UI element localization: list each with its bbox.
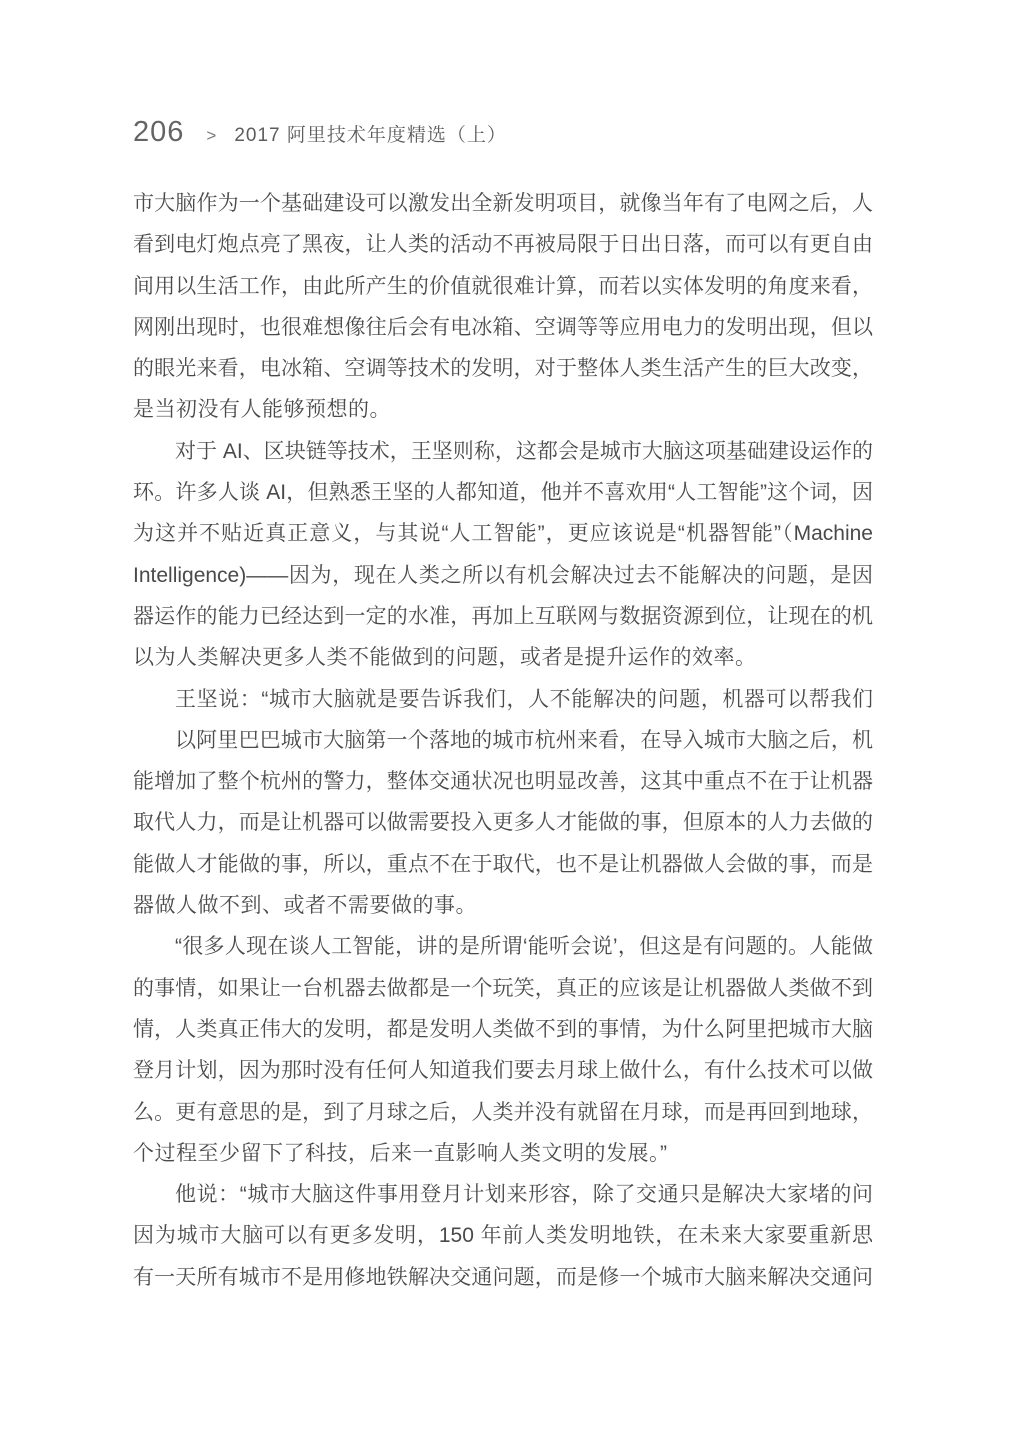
text-line: 器运作的能力已经达到一定的水准，再加上互联网与数据资源到位，让现在的机器可: [133, 596, 873, 637]
text-line: Intelligence)——因为，现在人类之所以有机会解决过去不能解决的问题，…: [133, 555, 873, 596]
text-line: 有一天所有城市不是用修地铁解决交通问题，而是修一个城市大脑来解决交通问题。”: [133, 1257, 873, 1298]
text-line: 以为人类解决更多人类不能做到的问题，或者是提升运作的效率。: [133, 637, 873, 678]
page-number: 206: [133, 116, 184, 149]
text-line: 对于 AI、区块链等技术，王坚则称，这都会是城市大脑这项基础建设运作的一: [133, 431, 873, 472]
text-line: 器做人做不到、或者不需要做的事。: [133, 885, 873, 926]
text-line: 能做人才能做的事，所以，重点不在于取代，也不是让机器做人会做的事，而是让机: [133, 844, 873, 885]
text-line: 环。许多人谈 AI，但熟悉王坚的人都知道，他并不喜欢用“人工智能”这个词，因: [133, 472, 873, 513]
text-line: 王坚说：“城市大脑就是要告诉我们，人不能解决的问题，机器可以帮我们解决。”: [133, 679, 873, 720]
text-line: 看到电灯炮点亮了黑夜，让人类的活动不再被局限于日出日落，而可以有更自由的时: [133, 224, 873, 265]
text-line: 因为城市大脑可以有更多发明，150 年前人类发明地铁，在未来大家要重新思考，总: [133, 1215, 873, 1256]
text-line: 网刚出现时，也很难想像往后会有电冰箱、空调等等应用电力的发明出现，但以今天: [133, 307, 873, 348]
book-page: 206 > 2017 阿里技术年度精选（上） 市大脑作为一个基础建设可以激发出全…: [0, 0, 1031, 1440]
body-text: 市大脑作为一个基础建设可以激发出全新发明项目，就像当年有了电网之后，人类只 看到…: [133, 183, 873, 1298]
text-line: 间用以生活工作，由此所产生的价值就很难计算，而若以实体发明的角度来看，在电: [133, 266, 873, 307]
text-line: 市大脑作为一个基础建设可以激发出全新发明项目，就像当年有了电网之后，人类只: [133, 183, 873, 224]
text-line: 取代人力，而是让机器可以做需要投入更多人才能做的事，但原本的人力去做的话只: [133, 802, 873, 843]
text-line: 情，人类真正伟大的发明，都是发明人类做不到的事情，为什么阿里把城市大脑说是: [133, 1009, 873, 1050]
text-line: 以阿里巴巴城市大脑第一个落地的城市杭州来看，在导入城市大脑之后，机器智: [133, 720, 873, 761]
text-line: 是当初没有人能够预想的。: [133, 389, 873, 430]
text-line: 能增加了整个杭州的警力，整体交通状况也明显改善，这其中重点不在于让机器智能: [133, 761, 873, 802]
book-title: 2017 阿里技术年度精选（上）: [234, 120, 507, 147]
text-line: 为这并不贴近真正意义，与其说“人工智能”，更应该说是“机器智能”（Machine: [133, 513, 873, 554]
page-header: 206 > 2017 阿里技术年度精选（上）: [133, 116, 507, 149]
header-separator: >: [206, 126, 216, 146]
text-line: 登月计划，因为那时没有任何人知道我们要去月球上做什么，有什么技术可以做什: [133, 1050, 873, 1091]
text-line: “很多人现在谈人工智能，讲的是所谓‘能听会说’，但这是有问题的。人能做: [133, 926, 873, 967]
text-line: 的眼光来看，电冰箱、空调等技术的发明，对于整体人类生活产生的巨大改变，却也: [133, 348, 873, 389]
text-line: 个过程至少留下了科技，后来一直影响人类文明的发展。”: [133, 1133, 873, 1174]
text-line: 么。更有意思的是，到了月球之后，人类并没有就留在月球，而是再回到地球，但这: [133, 1092, 873, 1133]
text-line: 的事情，如果让一台机器去做都是一个玩笑，真正的应该是让机器做人类做不到的事: [133, 968, 873, 1009]
text-line: 他说：“城市大脑这件事用登月计划来形容，除了交通只是解决大家堵的问题，也: [133, 1174, 873, 1215]
